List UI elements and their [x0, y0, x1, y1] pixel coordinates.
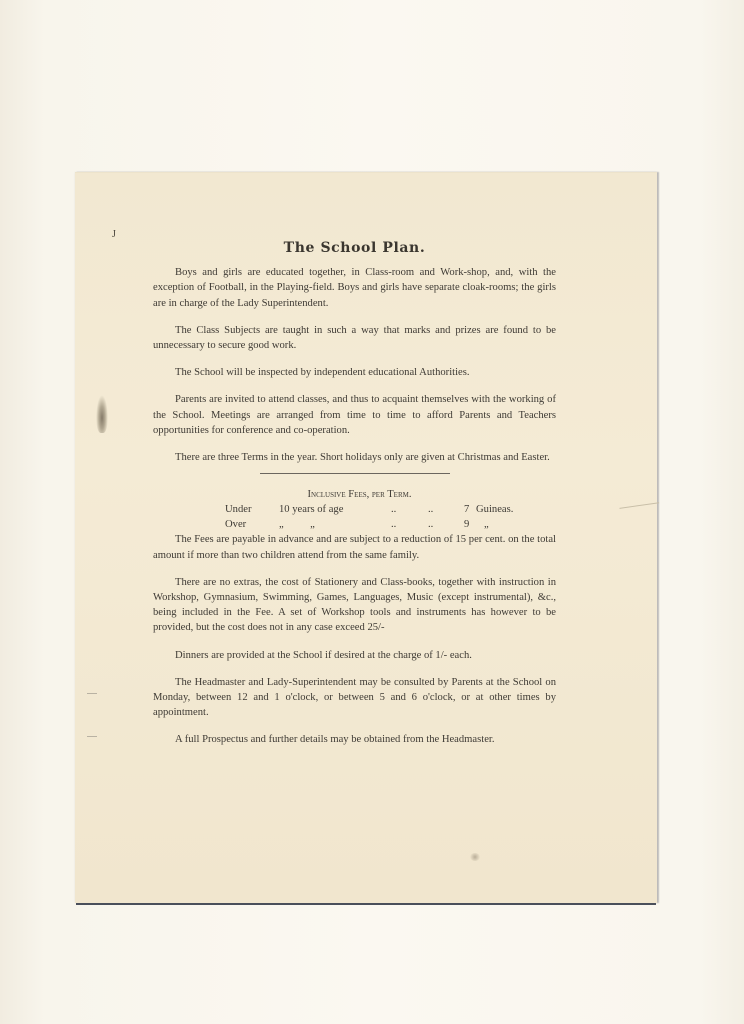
fee-leader-dots: .. — [391, 502, 428, 517]
margin-scuff — [87, 736, 97, 737]
fee-leader-dots: .. — [428, 517, 464, 532]
paragraph-consultation: The Headmaster and Lady-Superintendent m… — [153, 675, 556, 721]
paragraph-parents: Parents are invited to attend classes, a… — [153, 392, 556, 438]
paper-spot — [470, 853, 480, 861]
fee-amount: 7 — [464, 502, 476, 517]
paragraph-no-extras: There are no extras, the cost of Station… — [153, 575, 556, 636]
section-divider — [260, 473, 450, 474]
punch-hole-tear — [96, 395, 108, 433]
fee-leader-dots: .. — [428, 502, 464, 517]
fees-table: Inclusive Fees, per Term. Under 10 years… — [153, 487, 556, 532]
margin-scuff — [87, 693, 97, 694]
fee-row-over-10: Over „ „ .. .. 9 „ — [153, 517, 556, 532]
page-title: The School Plan. — [153, 241, 556, 256]
fee-age-ditto: „ „ — [279, 517, 391, 532]
document-body: The School Plan. Boys and girls are educ… — [153, 241, 556, 760]
paragraph-prospectus: A full Prospectus and further details ma… — [153, 732, 556, 747]
paper-page: J The School Plan. Boys and girls are ed… — [75, 172, 657, 903]
fee-age: 10 years of age — [279, 502, 391, 517]
paragraph-fee-reduction: The Fees are payable in advance and are … — [153, 532, 556, 562]
fee-unit-ditto: „ — [476, 517, 489, 532]
fee-amount: 9 — [464, 517, 476, 532]
fee-who: Over — [225, 517, 279, 532]
fee-leader-dots: .. — [391, 517, 428, 532]
paragraph-terms: There are three Terms in the year. Short… — [153, 450, 556, 465]
fees-heading: Inclusive Fees, per Term. — [163, 487, 556, 502]
fee-who: Under — [225, 502, 279, 517]
fee-unit: Guineas. — [476, 502, 513, 517]
paragraph-coeducation: Boys and girls are educated together, in… — [153, 265, 556, 311]
paper-crease — [619, 502, 660, 518]
paragraph-class-subjects: The Class Subjects are taught in such a … — [153, 323, 556, 353]
margin-pencil-mark: J — [112, 229, 116, 240]
paragraph-inspection: The School will be inspected by independ… — [153, 365, 556, 380]
paragraph-dinners: Dinners are provided at the School if de… — [153, 648, 556, 663]
fee-row-under-10: Under 10 years of age .. .. 7 Guineas. — [153, 502, 556, 517]
